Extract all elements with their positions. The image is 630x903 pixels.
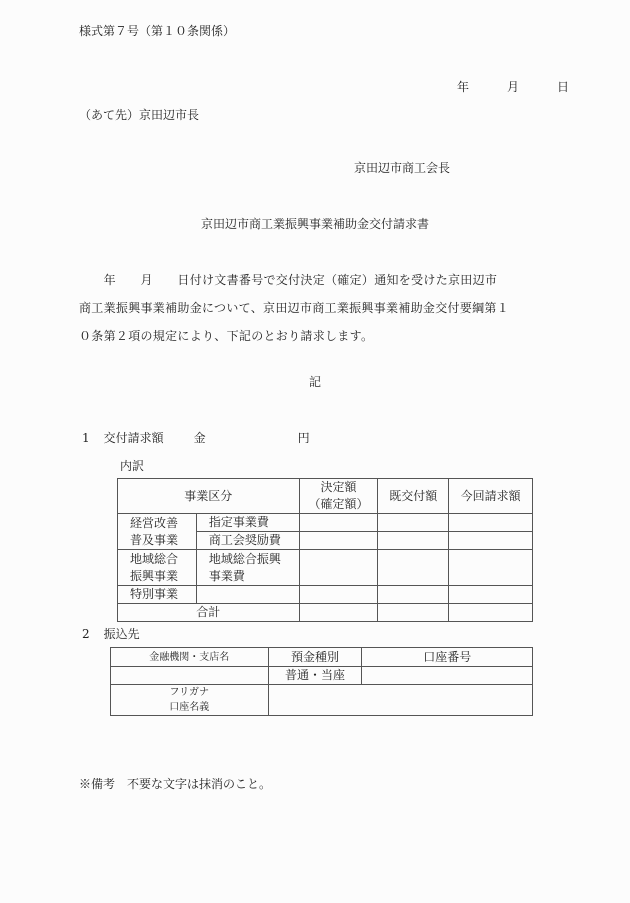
cell-already-paid[interactable]: [378, 532, 449, 550]
section2-label: 振込先: [104, 627, 140, 641]
total-decided[interactable]: [299, 604, 378, 622]
section2-line: 2振込先: [82, 626, 140, 642]
sub-regional: 地域総合振興 事業費: [196, 550, 299, 586]
total-already-paid[interactable]: [378, 604, 449, 622]
date-day: 日: [557, 79, 569, 95]
account-holder-label: フリガナ 口座名義: [111, 685, 269, 716]
header-account-number: 口座番号: [362, 648, 533, 667]
section1-label: 交付請求額: [104, 431, 164, 445]
section1-line: 1交付請求額金円: [82, 430, 310, 446]
account-number-cell[interactable]: [362, 667, 533, 685]
cell-decided[interactable]: [299, 550, 378, 586]
category-regional: 地域総合 振興事業: [118, 550, 197, 586]
cell-decided[interactable]: [299, 514, 378, 532]
total-row: 合計: [118, 604, 533, 622]
section2-number: 2: [82, 627, 90, 641]
category-management: 経営改善 普及事業: [118, 514, 197, 550]
header-deposit-type: 預金種別: [268, 648, 362, 667]
ki-heading: 記: [0, 374, 630, 390]
cell-already-paid[interactable]: [378, 514, 449, 532]
table-row: 経営改善 普及事業 指定事業費: [118, 514, 533, 532]
body-line: 商工業振興事業補助金について、京田辺市商工業振興事業補助金交付要綱第１: [79, 294, 554, 322]
cell-already-paid[interactable]: [378, 586, 449, 604]
addressee: （あて先）京田辺市長: [79, 107, 199, 123]
sub-special[interactable]: [196, 586, 299, 604]
breakdown-table: 事業区分 決定額 （確定額） 既交付額 今回請求額 経営改善 普及事業 指定事業…: [117, 478, 533, 622]
cell-this-request[interactable]: [449, 586, 533, 604]
sub-incentive: 商工会奨励費: [196, 532, 299, 550]
category-special: 特別事業: [118, 586, 197, 604]
form-id: 様式第７号（第１０条関係）: [79, 23, 235, 39]
total-this-request[interactable]: [449, 604, 533, 622]
account-holder-row: フリガナ 口座名義: [111, 685, 533, 716]
body-line: 年 月 日付け文書番号で交付決定（確定）通知を受けた京田辺市: [79, 266, 554, 294]
table-header-row: 事業区分 決定額 （確定額） 既交付額 今回請求額: [118, 479, 533, 514]
header-decided: 決定額 （確定額）: [299, 479, 378, 514]
bank-header-row: 金融機関・支店名 預金種別 口座番号: [111, 648, 533, 667]
document-title: 京田辺市商工業振興事業補助金交付請求書: [0, 216, 630, 232]
body-line: ０条第２項の規定により、下記のとおり請求します。: [79, 322, 554, 350]
header-bank-branch: 金融機関・支店名: [111, 648, 269, 667]
bank-row: 普通・当座: [111, 667, 533, 685]
cell-decided[interactable]: [299, 532, 378, 550]
date-month: 月: [507, 79, 519, 95]
date-year: 年: [457, 79, 469, 95]
cell-this-request[interactable]: [449, 532, 533, 550]
header-this-request: 今回請求額: [449, 479, 533, 514]
header-already-paid: 既交付額: [378, 479, 449, 514]
breakdown-label: 内訳: [120, 458, 144, 474]
remarks-note: ※備考 不要な文字は抹消のこと。: [79, 776, 271, 792]
account-holder-cell[interactable]: [268, 685, 532, 716]
cell-this-request[interactable]: [449, 514, 533, 532]
body-paragraph: 年 月 日付け文書番号で交付決定（確定）通知を受けた京田辺市 商工業振興事業補助…: [79, 266, 554, 350]
bank-branch-cell[interactable]: [111, 667, 269, 685]
date-line: 年月日: [457, 79, 569, 95]
table-row: 地域総合 振興事業 地域総合振興 事業費: [118, 550, 533, 586]
section1-number: 1: [82, 431, 90, 445]
currency-suffix: 円: [298, 431, 310, 445]
cell-decided[interactable]: [299, 586, 378, 604]
table-row: 特別事業: [118, 586, 533, 604]
bank-table: 金融機関・支店名 預金種別 口座番号 普通・当座 フリガナ 口座名義: [110, 647, 533, 716]
cell-already-paid[interactable]: [378, 550, 449, 586]
currency-prefix: 金: [194, 431, 206, 445]
header-category: 事業区分: [118, 479, 300, 514]
deposit-type-cell[interactable]: 普通・当座: [268, 667, 362, 685]
sender: 京田辺市商工会長: [354, 160, 450, 176]
total-label: 合計: [118, 604, 300, 622]
cell-this-request[interactable]: [449, 550, 533, 586]
sub-designated: 指定事業費: [196, 514, 299, 532]
